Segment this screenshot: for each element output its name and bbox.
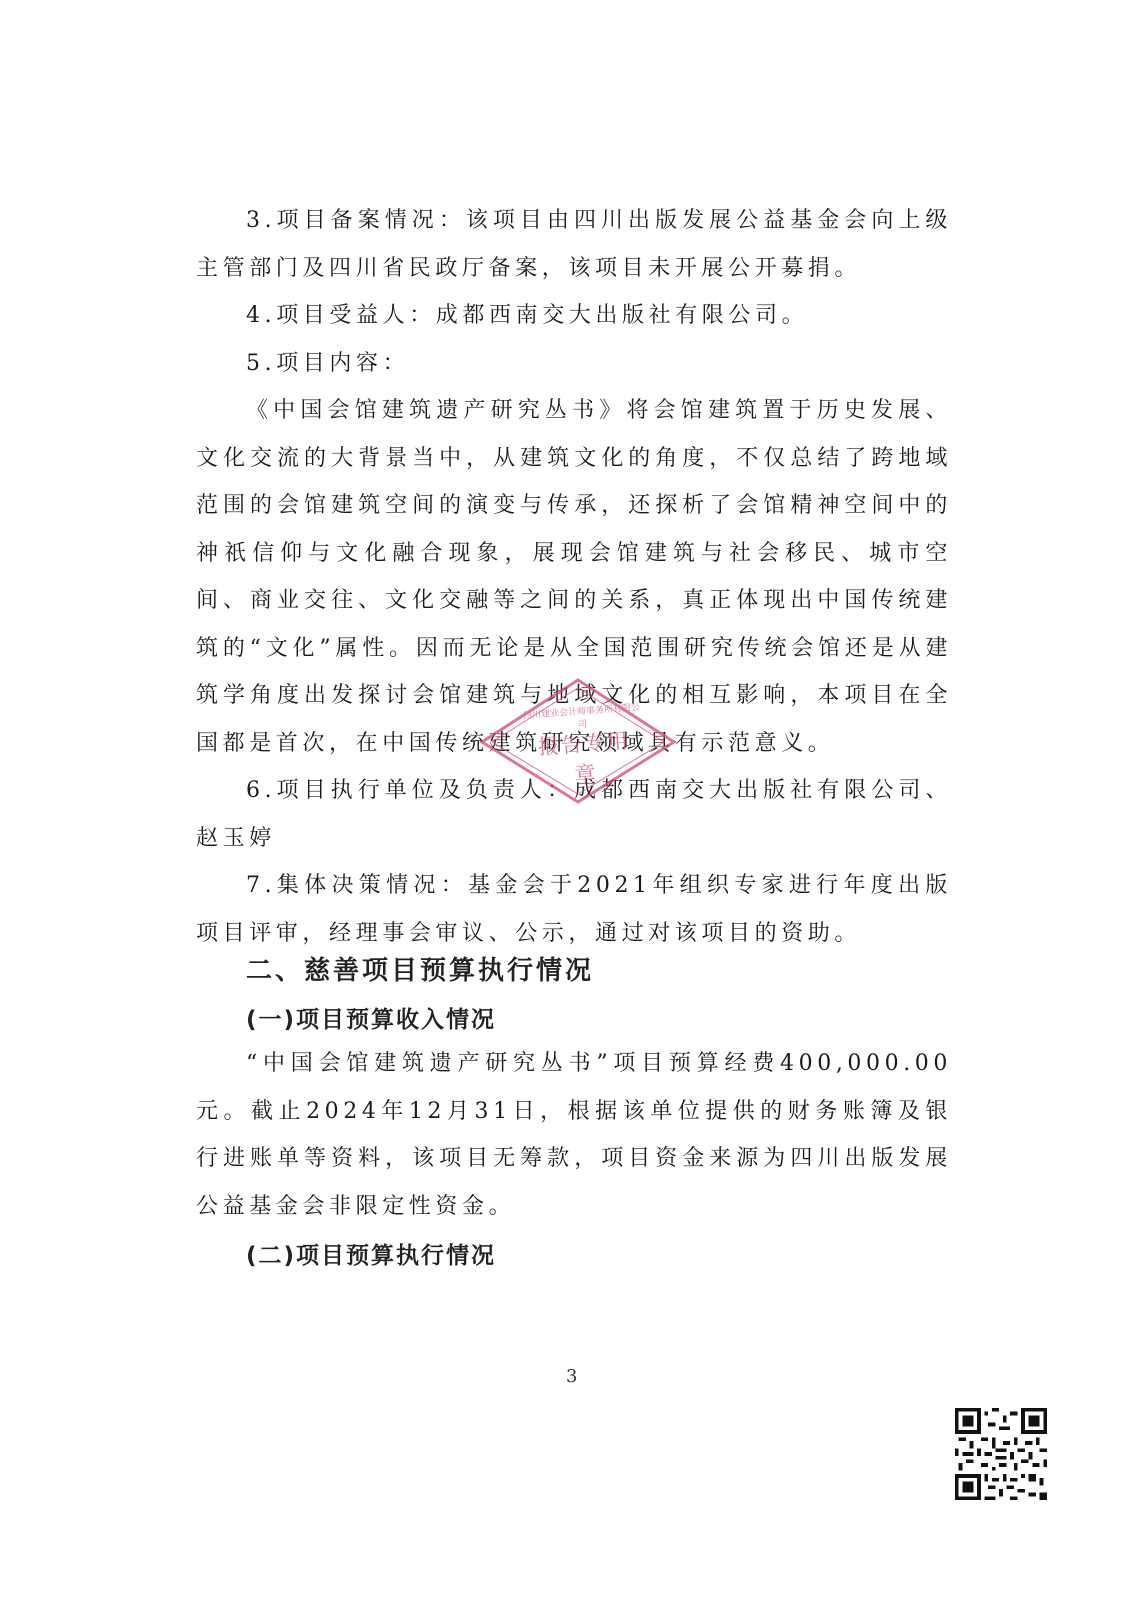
item-5-content-body: 《中国会馆建筑遗产研究丛书》将会馆建筑置于历史发展、文化交流的大背景当中，从建筑…: [196, 387, 952, 767]
item-4-beneficiary: 4.项目受益人：成都西南交大出版社有限公司。: [196, 292, 952, 340]
item-3-filing-status: 3.项目备案情况：该项目由四川出版发展公益基金会向上级主管部门及四川省民政厅备案…: [196, 197, 952, 292]
document-page: 3.项目备案情况：该项目由四川出版发展公益基金会向上级主管部门及四川省民政厅备案…: [0, 0, 1131, 1600]
qr-code-icon: [955, 1408, 1047, 1500]
section-2-heading: 二、慈善项目预算执行情况: [246, 950, 594, 987]
subsection-1-heading: (一)项目预算收入情况: [246, 1001, 496, 1034]
budget-income-paragraph: “中国会馆建筑遗产研究丛书”项目预算经费400,000.00元。截止2024年1…: [196, 1040, 952, 1230]
item-6-executor: 6.项目执行单位及负责人：成都西南交大出版社有限公司、赵玉婷: [196, 767, 952, 862]
body-block-1: 3.项目备案情况：该项目由四川出版发展公益基金会向上级主管部门及四川省民政厅备案…: [196, 197, 952, 957]
item-7-decision: 7.集体决策情况：基金会于2021年组织专家进行年度出版项目评审，经理事会审议、…: [196, 862, 952, 957]
subsection-2-heading: (二)项目预算执行情况: [246, 1237, 496, 1270]
body-block-2: “中国会馆建筑遗产研究丛书”项目预算经费400,000.00元。截止2024年1…: [196, 1040, 952, 1230]
item-5-content-heading: 5.项目内容：: [196, 340, 952, 388]
page-number: 3: [566, 1366, 577, 1387]
